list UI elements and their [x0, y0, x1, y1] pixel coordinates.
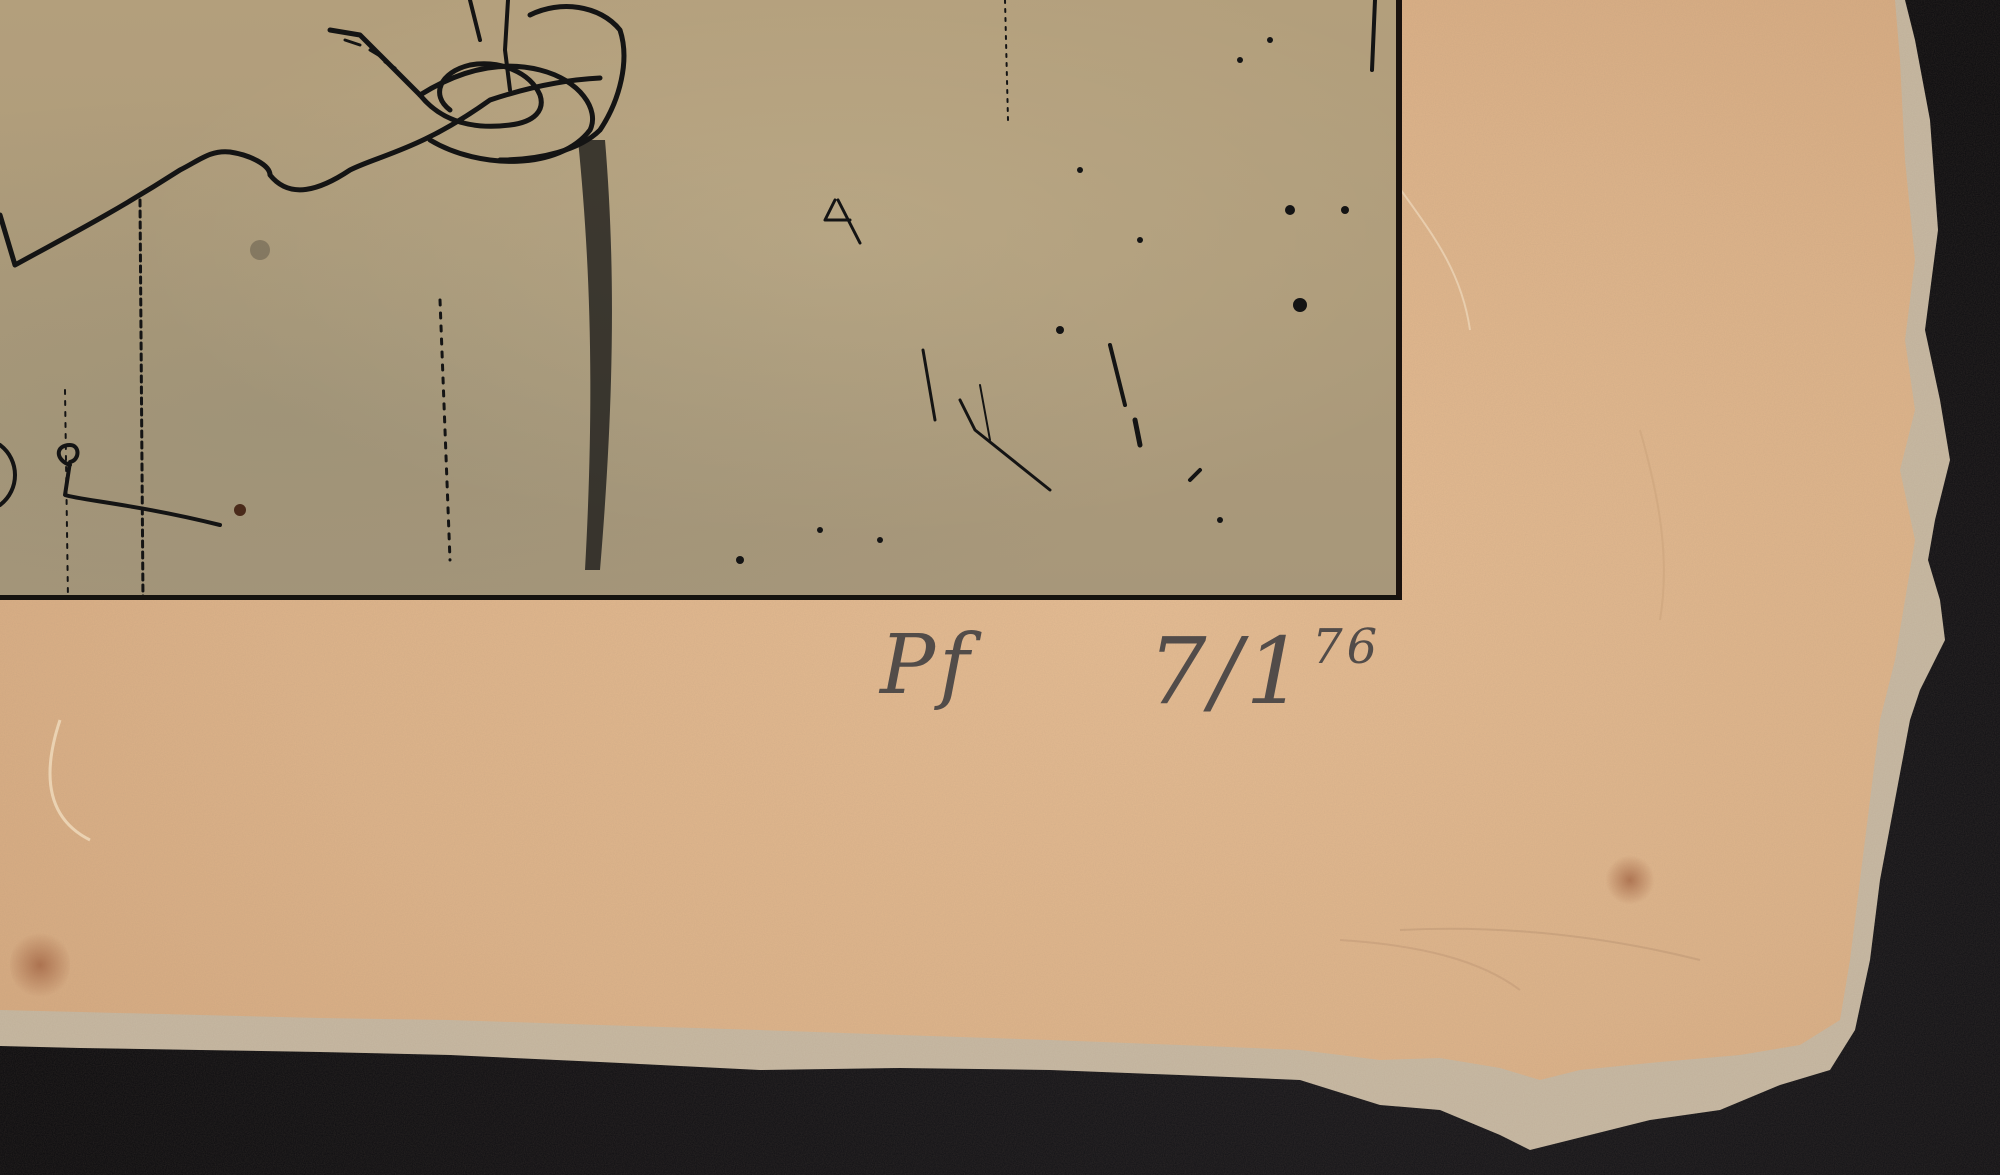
- etched-drawing: [0, 0, 1402, 600]
- etched-plate: [0, 0, 1402, 600]
- foxing-stain: [10, 930, 70, 1000]
- date-main: 7/1: [1148, 618, 1308, 725]
- foxing-stain: [1605, 855, 1655, 905]
- proof-inscription: Pf: [880, 618, 974, 713]
- date-year: 76: [1312, 619, 1381, 675]
- date-inscription: 7/176: [1148, 618, 1381, 725]
